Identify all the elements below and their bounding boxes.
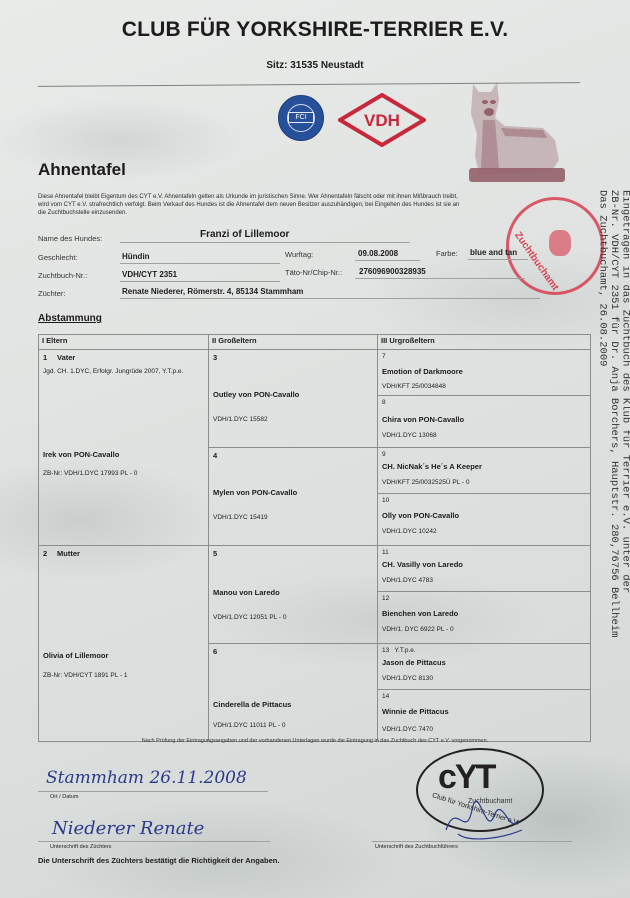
pedigree-section-title: Abstammung (38, 313, 102, 324)
father-role: Vater (57, 353, 75, 362)
color-value: blue and tan (470, 248, 517, 257)
great-grandparent-8: 8 Chira von PON-Cavallo VDH/1.DYC 13068 (378, 396, 591, 448)
ownership-disclaimer: Diese Ahnentafel bleibt Eigentum des CYT… (38, 193, 463, 217)
studbook-label: Zuchtbuch-Nr.: (38, 271, 87, 280)
fci-logo-icon: FCI (278, 95, 324, 141)
great-grandparent-10: 10 Olly von PON-Cavallo VDH/1.DYC 10242 (378, 494, 591, 546)
father-titles: Jgd. CH. 1.DYC, Erfolgr. Jungrüde 2007, … (43, 368, 203, 376)
col-header-great-grandparents: III Urgroßeltern (378, 335, 591, 350)
chip-value: 276096900328935 (359, 267, 426, 276)
col-header-grandparents: II Großeltern (209, 335, 378, 350)
birth-value: 09.08.2008 (358, 249, 398, 258)
dog-name-label: Name des Hundes: (38, 234, 102, 243)
great-grandparent-7: 7 Emotion of Darkmoore VDH/KFT 25/003484… (378, 350, 591, 396)
registrar-signature-scribble (438, 790, 528, 850)
zuchtbuchamt-red-stamp: Zuchtbuchamt (506, 197, 604, 295)
breeder-signature-handwritten: Niederer Renate (52, 818, 204, 839)
col-header-parents: I Eltern (39, 335, 209, 350)
parent-father: 1 Vater Jgd. CH. 1.DYC, Erfolgr. Jungrüd… (39, 350, 209, 546)
club-seat: Sitz: 31535 Neustadt (0, 60, 630, 71)
place-date-label: Ort / Datum (50, 794, 78, 800)
grandparent-6: 6 Cinderella de Pittacus VDH/1.DYC 11011… (209, 644, 378, 742)
studbook-value: VDH/CYT 2351 (122, 270, 177, 279)
terrier-emblem-icon (549, 230, 571, 256)
breeder-signature-label: Unterschrift des Züchters (50, 844, 111, 850)
yorkshire-terrier-dog-icon (455, 78, 575, 186)
great-grandparent-9: 9 CH. NicNak´s He´s A Keeper VDH/KFT 25/… (378, 448, 591, 494)
pedigree-header-row: I Eltern II Großeltern III Urgroßeltern (39, 335, 591, 350)
breeder-label: Züchter: (38, 289, 66, 298)
great-grandparent-13: 13 Y.T.p.e. Jason de Pittacus VDH/1.DYC … (378, 644, 591, 690)
pedigree-table: I Eltern II Großeltern III Urgroßeltern … (38, 334, 591, 742)
mother-role: Mutter (57, 549, 80, 558)
parent-mother: 2 Mutter Olivia of Lillemoor ZB-Nr: VDH/… (39, 546, 209, 742)
great-grandparent-11: 11 CH. Vasilly von Laredo VDH/1.DYC 4783 (378, 546, 591, 592)
sex-value: Hündin (122, 252, 150, 261)
mother-reg: ZB-Nr: VDH/CYT 1891 PL - 1 (43, 672, 128, 679)
birth-label: Wurftag: (285, 250, 313, 259)
mother-name: Olivia of Lillemoor (43, 651, 108, 660)
vdh-logo-icon: VDH (338, 93, 426, 147)
vdh-logo-label: VDH (364, 111, 400, 130)
grandparent-5: 5 Manou von Laredo VDH/1.DYC 12051 PL - … (209, 546, 378, 644)
great-grandparent-12: 12 Bienchen von Laredo VDH/1. DYC 6922 P… (378, 592, 591, 644)
grandparent-4: 4 Mylen von PON-Cavallo VDH/1.DYC 15419 (209, 448, 378, 546)
sex-label: Geschlecht: (38, 253, 78, 262)
grandparent-3: 3 Outley von PON-Cavallo VDH/1.DYC 15582 (209, 350, 378, 448)
father-reg: ZB-Nr: VDH/1.DYC 17993 PL - 0 (43, 470, 137, 477)
place-date-handwritten: Stammham 26.11.2008 (46, 768, 247, 788)
great-grandparent-14: 14 Winnie de Pittacus VDH/1.DYC 7470 (378, 690, 591, 742)
father-name: Irek von PON-Cavallo (43, 450, 119, 459)
dog-name: Franzi of Lillemoor (200, 229, 289, 240)
registration-vertical-note: Eingetragen in das Zuchtbuch des Klub fü… (596, 190, 630, 890)
club-title: CLUB FÜR YORKSHIRE-TERRIER E.V. (0, 18, 630, 42)
confirmation-text: Die Unterschrift des Züchters bestätigt … (38, 856, 279, 865)
document-title: Ahnentafel (38, 160, 126, 180)
chip-label: Täto-Nr/Chip-Nr.: (285, 268, 342, 277)
breeder-value: Renate Niederer, Römerstr. 4, 85134 Stam… (122, 287, 303, 296)
fci-logo-label: FCI (288, 112, 314, 123)
registration-footnote: Nach Prüfung der Eintragungsangaben und … (0, 738, 630, 744)
color-label: Farbe: (436, 249, 458, 258)
